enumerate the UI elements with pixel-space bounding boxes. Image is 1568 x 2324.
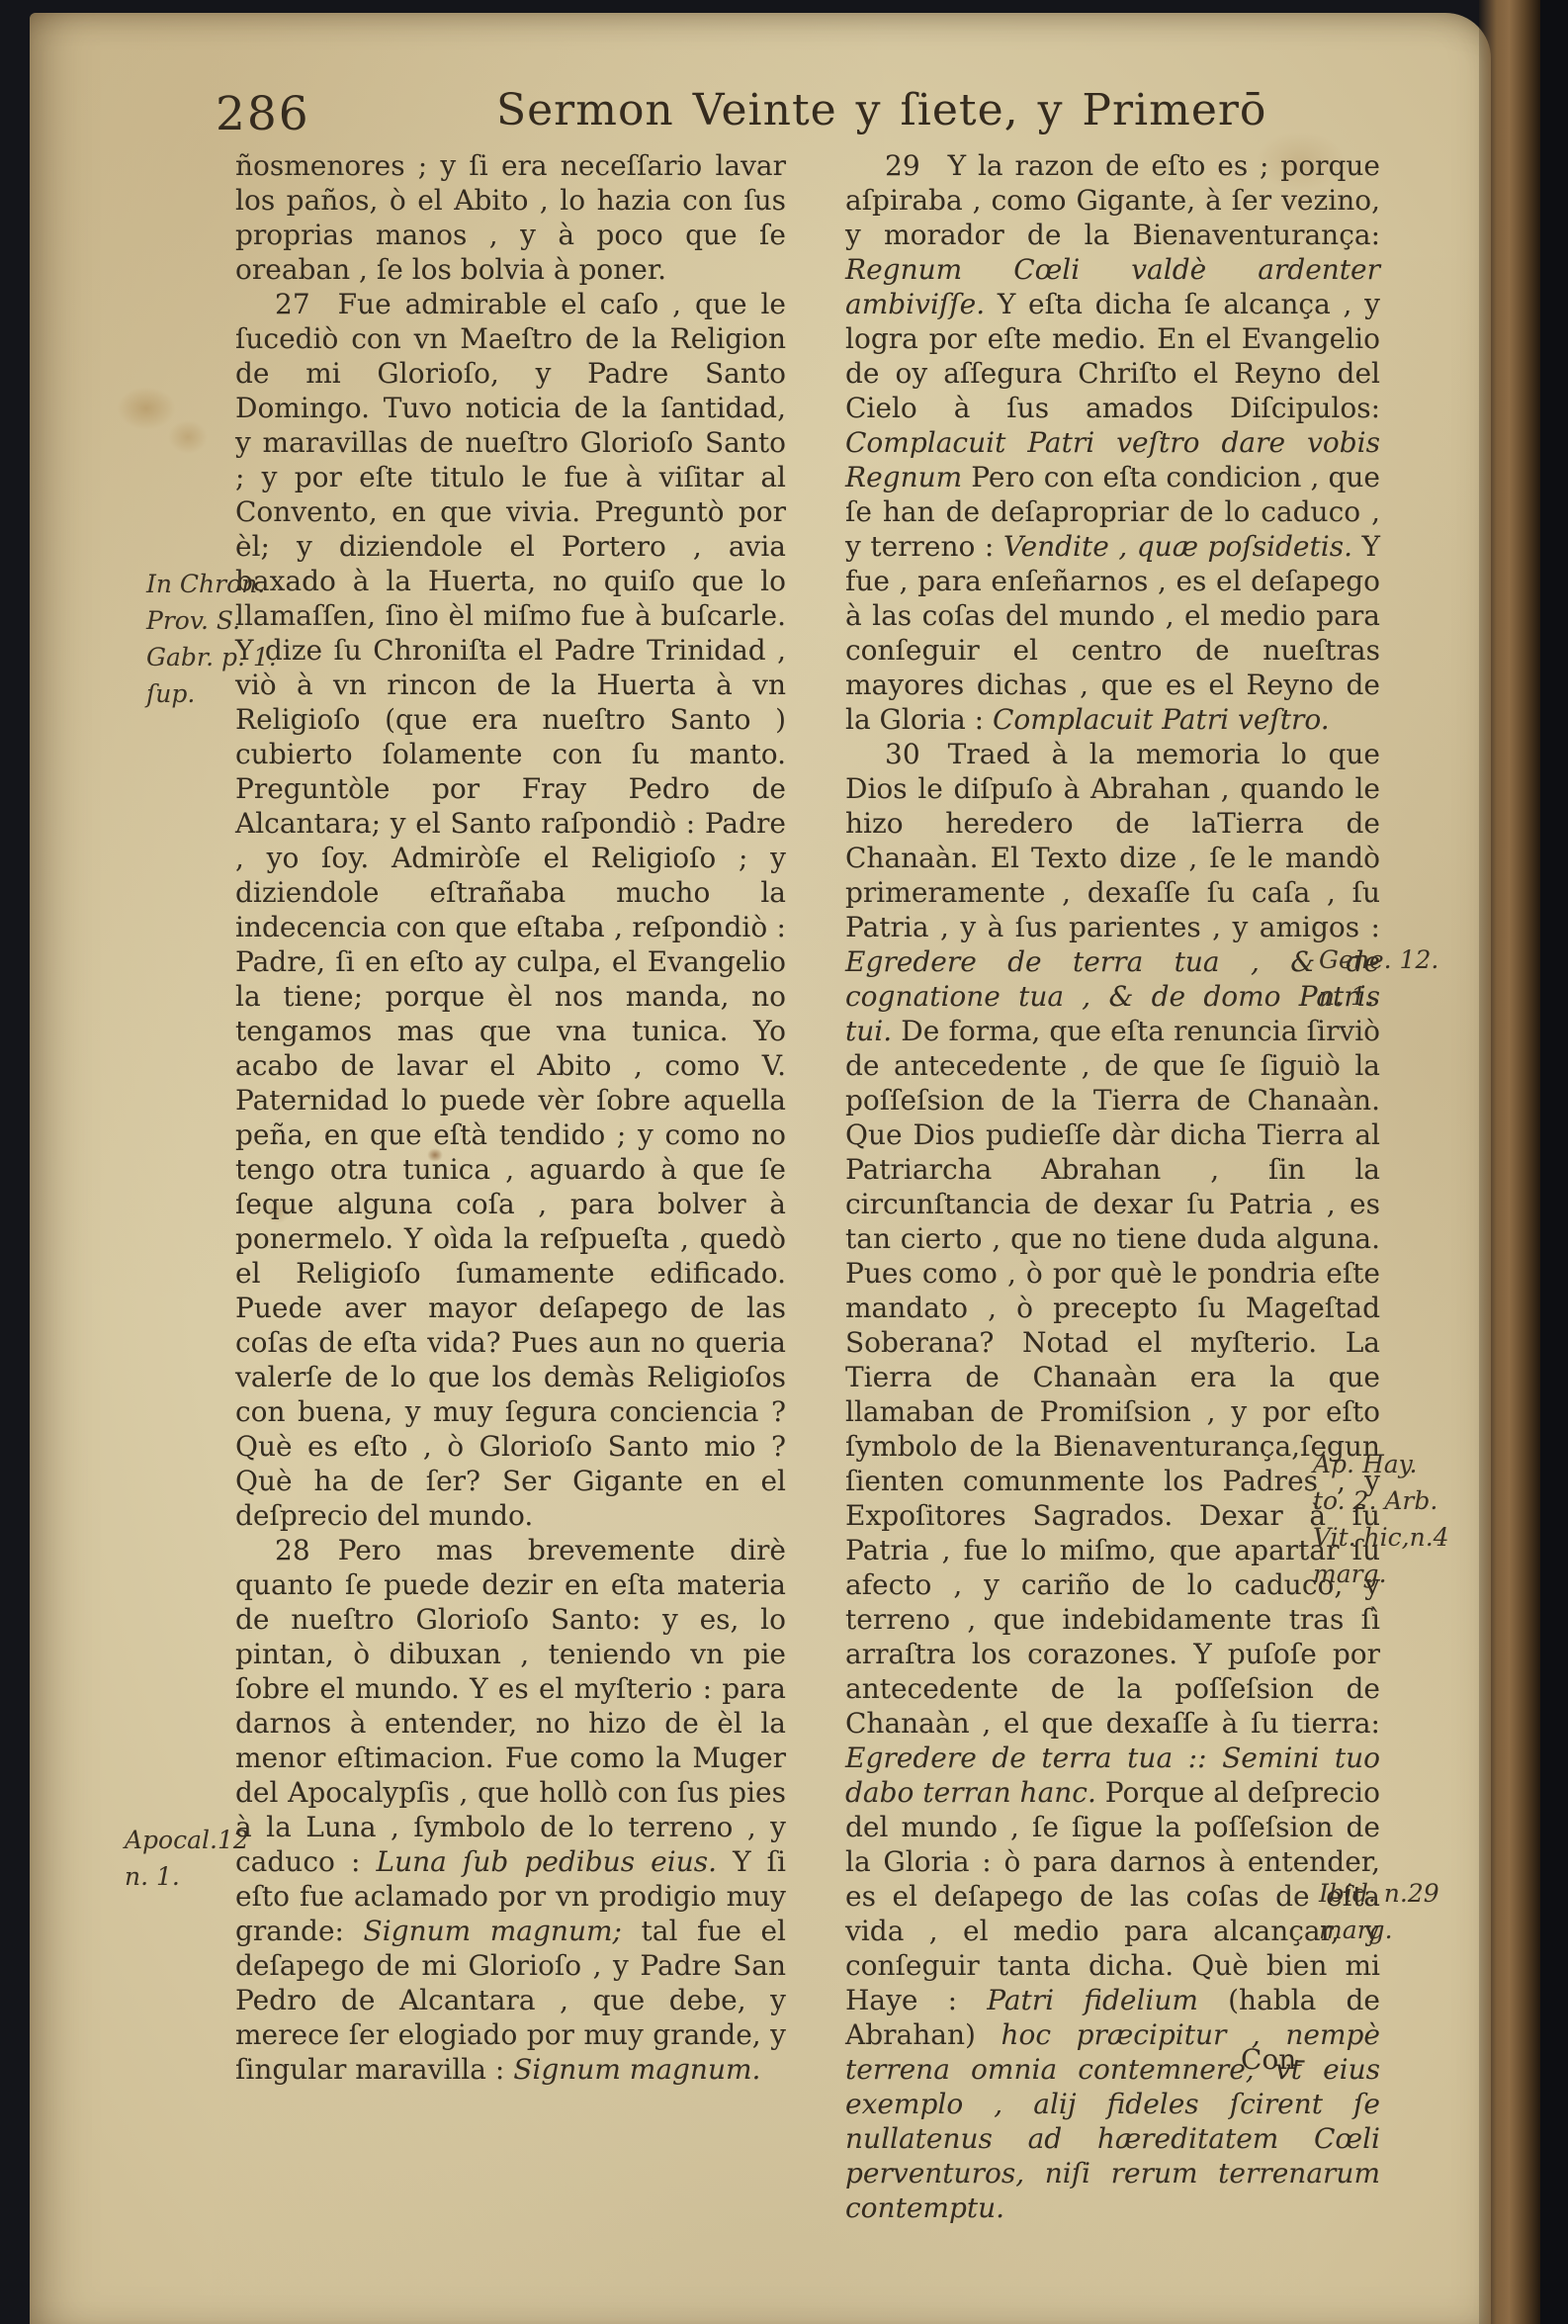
text-run: Porque al deſprecio del mundo , ſe ſigue… — [845, 1776, 1380, 2016]
note-haye: Ap. Hay. to. 2. Arb. Vit. hic,n.4 marg. — [1313, 1446, 1449, 1592]
left-text-column: ñosmenores ; y ſi era neceſſario lavar l… — [235, 148, 786, 2087]
paragraph: 29 Y la razon de eſto es ; porque aſpira… — [845, 148, 1380, 737]
latin-quote: Signum magnum. — [513, 2053, 760, 2086]
paper-stain — [117, 387, 176, 430]
catchword: Con- — [1241, 2043, 1306, 2076]
note-chron: In Chron. Prov. S. Gabr. p. 1. ſup. — [146, 566, 277, 712]
right-text-column: 29 Y la razon de eſto es ; porque aſpira… — [845, 148, 1380, 2225]
text-run: 29 Y la razon de eſto es ; porque aſpira… — [845, 149, 1380, 251]
note-apocal: Apocal.12 n. 1. — [125, 1822, 249, 1895]
latin-quote: Patri fidelium — [987, 1984, 1198, 2016]
text-run: 30 Traed à la memoria lo que Dios le diſ… — [845, 738, 1380, 943]
book-fore-edge — [1479, 0, 1542, 2324]
latin-quote: Complacuit Patri veſtro. — [993, 703, 1330, 736]
paper-stain — [168, 420, 208, 454]
book-photo-scene: 286 Sermon Veinte y ſiete, y Primerō ños… — [0, 0, 1568, 2324]
latin-quote: Luna ſub pedibus eius. — [377, 1845, 718, 1878]
note-ibid: Ibid. n.29 marg. — [1319, 1875, 1439, 1948]
page-number: 286 — [216, 87, 310, 141]
paragraph: ñosmenores ; y ſi era neceſſario lavar l… — [235, 148, 786, 287]
text-run: 27 Fue admirable el caſo , que le ſucedi… — [235, 288, 786, 1532]
paragraph: 30 Traed à la memoria lo que Dios le diſ… — [845, 737, 1380, 2225]
paragraph: 28 Pero mas brevemente dirè quanto ſe pu… — [235, 1533, 786, 2087]
backdrop — [1540, 0, 1568, 2324]
paragraph: 27 Fue admirable el caſo , que le ſucedi… — [235, 287, 786, 1533]
latin-quote: Signum magnum; — [364, 1915, 622, 1947]
note-gene: Gene. 12. n. 1. — [1319, 941, 1438, 1015]
latin-quote: Vendite , quæ poſsidetis. — [1003, 530, 1352, 563]
text-run: ñosmenores ; y ſi era neceſſario lavar l… — [235, 149, 786, 286]
text-run: De forma, que eſta renuncia ſirviò de an… — [845, 1015, 1380, 1740]
text-run: 28 Pero mas brevemente dirè quanto ſe pu… — [235, 1534, 786, 1878]
running-header-title: Sermon Veinte y ſiete, y Primerō — [496, 85, 1266, 135]
